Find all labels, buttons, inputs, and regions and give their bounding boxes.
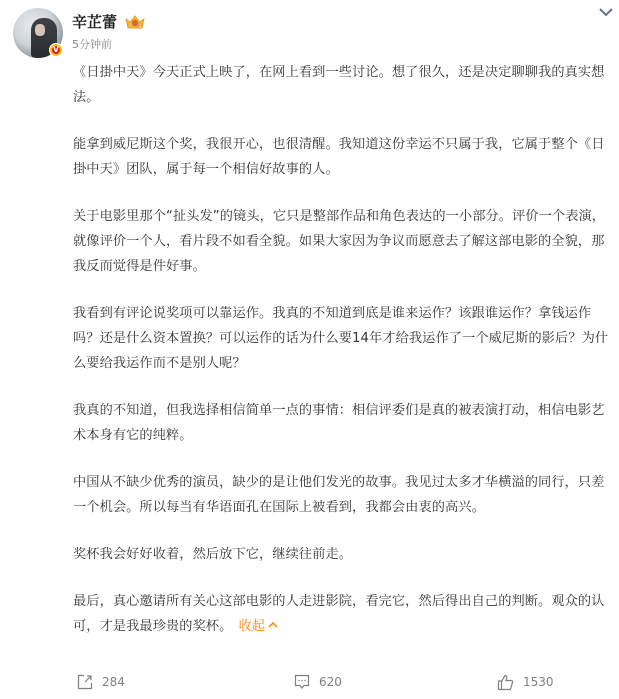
- author-name[interactable]: 辛芷蕾: [72, 12, 117, 32]
- chevron-up-icon: [267, 620, 279, 630]
- share-icon: [77, 674, 93, 690]
- like-button[interactable]: 1530: [497, 668, 554, 696]
- paragraph: 中国从不缺少优秀的演员，缺少的是让他们发光的故事。我见过太多才华横溢的同行，只差…: [73, 470, 613, 520]
- post-header: V 辛芷蕾 3 5分钟前: [0, 0, 619, 60]
- paragraph: 能拿到威尼斯这个奖，我很开心，也很清醒。我知道这份幸运不只属于我，它属于整个《日…: [73, 132, 613, 182]
- verified-badge-icon: V: [49, 43, 63, 57]
- repost-count: 284: [102, 675, 125, 689]
- like-count: 1530: [523, 675, 554, 689]
- paragraph-last: 最后，真心邀请所有关心这部电影的人走进影院，看完它，然后得出自己的判断。观众的认…: [73, 589, 613, 639]
- post-time: 5分钟前: [72, 38, 112, 52]
- comment-icon: [294, 674, 310, 690]
- comment-button[interactable]: 620: [294, 668, 342, 696]
- chevron-down-icon[interactable]: [597, 5, 615, 19]
- paragraph: 奖杯我会好好收着，然后放下它，继续往前走。: [73, 542, 613, 567]
- collapse-button[interactable]: 收起: [238, 619, 279, 634]
- svg-text:3: 3: [139, 24, 142, 30]
- paragraph-text: 最后，真心邀请所有关心这部电影的人走进影院，看完它，然后得出自己的判断。观众的认…: [73, 594, 605, 634]
- repost-button[interactable]: 284: [77, 668, 125, 696]
- paragraph: 关于电影里那个“扯头发”的镜头，它只是整部作品和角色表达的一小部分。评价一个表演…: [73, 204, 613, 279]
- thumbs-up-icon: [497, 674, 514, 691]
- post-content: 《日掛中天》今天正式上映了，在网上看到一些讨论。想了很久，还是决定聊聊我的真实想…: [73, 60, 613, 661]
- vip-crown-icon[interactable]: 3: [124, 13, 146, 31]
- action-bar: 284 620 1530: [0, 668, 619, 699]
- paragraph: 我看到有评论说奖项可以靠运作。我真的不知道到底是谁来运作？该跟谁运作？拿钱运作吗…: [73, 301, 613, 376]
- paragraph: 《日掛中天》今天正式上映了，在网上看到一些讨论。想了很久，还是决定聊聊我的真实想…: [73, 60, 613, 110]
- paragraph: 我真的不知道，但我选择相信简单一点的事情：相信评委们是真的被表演打动，相信电影艺…: [73, 398, 613, 448]
- avatar-face: [35, 24, 45, 36]
- comment-count: 620: [319, 675, 342, 689]
